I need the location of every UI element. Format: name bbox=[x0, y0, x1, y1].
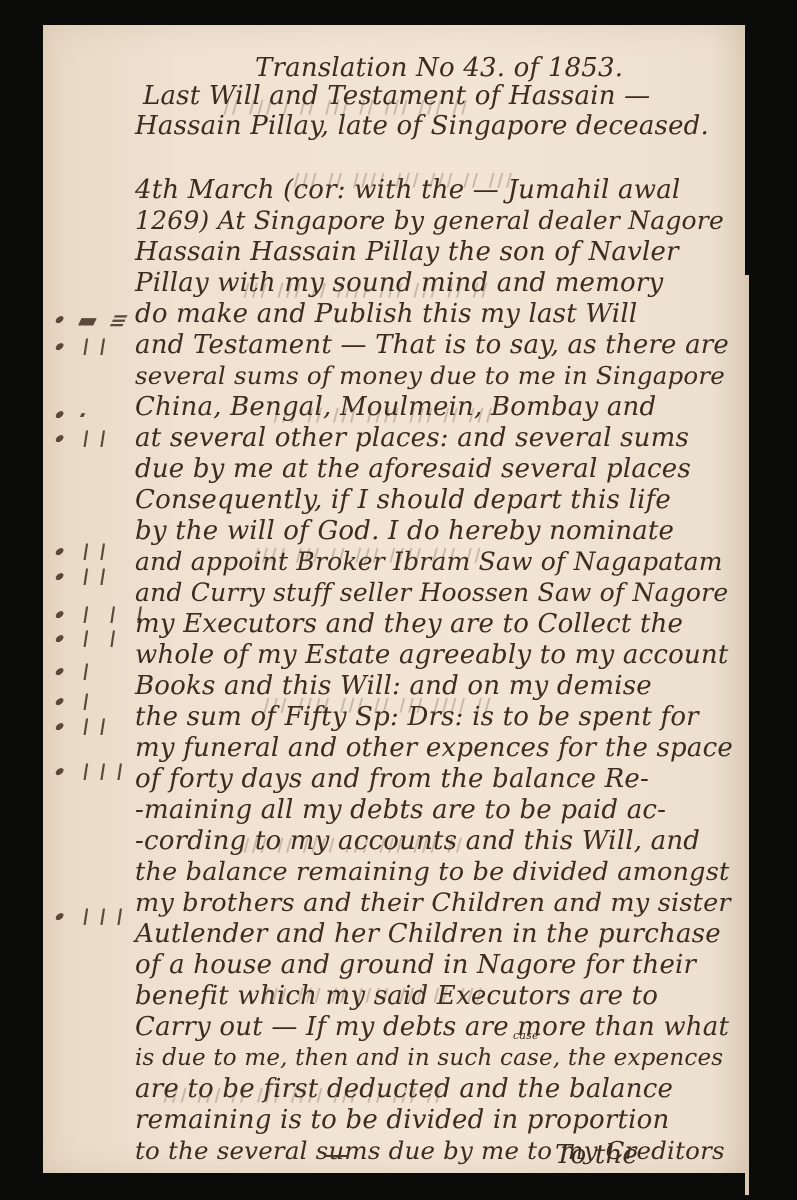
heading-line: Hassain Pillay, late of Singapore deceas… bbox=[135, 111, 709, 141]
body-line: is due to me, then and in such case, the… bbox=[135, 1043, 723, 1073]
margin-mark: • ∖ ∖ bbox=[47, 627, 128, 651]
body-line: Consequently, if I should depart this li… bbox=[135, 485, 671, 515]
body-line: my brothers and their Children and my si… bbox=[135, 888, 731, 918]
body-line: my funeral and other expences for the sp… bbox=[135, 733, 733, 763]
body-line: Books and this Will: and on my demise bbox=[135, 671, 652, 701]
margin-mark: • ∖∖∖ bbox=[47, 760, 135, 784]
body-line: benefit which my said Executors are to bbox=[135, 981, 658, 1011]
body-line: are to be first deducted and the balance bbox=[135, 1074, 673, 1104]
margin-mark: • ∖ bbox=[47, 690, 101, 714]
body-line: at several other places: and several sum… bbox=[135, 423, 689, 453]
page-edge bbox=[745, 275, 749, 1195]
body-line: Hassain Hassain Pillay the son of Navler bbox=[135, 237, 679, 267]
margin-mark: • ∖∖ bbox=[47, 565, 118, 589]
body-line: whole of my Estate agreeably to my accou… bbox=[135, 640, 729, 670]
margin-mark: • ∖ bbox=[47, 660, 101, 684]
body-line: Carry out — If my debts are more than wh… bbox=[135, 1012, 729, 1042]
body-line: and Testament — That is to say, as there… bbox=[135, 330, 729, 360]
body-line: the sum of Fifty Sp: Drs: is to be spent… bbox=[135, 702, 699, 732]
body-line: of forty days and from the balance Re- bbox=[135, 764, 649, 794]
body-line: several sums of money due to me in Singa… bbox=[135, 361, 725, 391]
margin-mark: • ∖∖ bbox=[47, 335, 118, 359]
body-line: China, Bengal, Moulmein, Bombay and bbox=[135, 392, 656, 422]
margin-mark: • ∖∖ bbox=[47, 715, 118, 739]
body-line: 1269) At Singapore by general dealer Nag… bbox=[135, 206, 724, 236]
margin-mark: • ∖∖ bbox=[47, 427, 118, 451]
body-line: do make and Publish this my last Will bbox=[135, 299, 637, 329]
body-line: due by me at the aforesaid several place… bbox=[135, 454, 691, 484]
body-line: by the will of God. I do hereby nominate bbox=[135, 516, 674, 546]
manuscript-page: \\ \\\ \ \\ \\\ \\ \\\ \\\ \\ \\\ \\ \\\… bbox=[43, 25, 745, 1173]
margin-mark: • ∖∖∖ bbox=[47, 905, 135, 929]
end-dash bbox=[325, 1155, 347, 1157]
body-line: of a house and ground in Nagore for thei… bbox=[135, 950, 696, 980]
body-line: and appoint Broker Ibram Saw of Nagapata… bbox=[135, 547, 723, 577]
margin-mark: • · bbox=[47, 403, 95, 427]
catchword: To the bbox=[555, 1140, 638, 1170]
margin-mark: • ▬ ≡ bbox=[47, 308, 136, 332]
document-title: Translation No 43. of 1853. bbox=[255, 53, 623, 83]
body-line: my Executors and they are to Collect the bbox=[135, 609, 683, 639]
body-line: and Curry stuff seller Hoossen Saw of Na… bbox=[135, 578, 728, 608]
body-line: 4th March (cor: with the — Jumahil awal bbox=[135, 175, 680, 205]
heading-line: Last Will and Testament of Hassain — bbox=[143, 81, 650, 111]
body-line: Pillay with my sound mind and memory bbox=[135, 268, 663, 298]
interlinear-note: case bbox=[513, 1030, 539, 1042]
body-line: Autlender and her Children in the purcha… bbox=[135, 919, 721, 949]
body-line: the balance remaining to be divided amon… bbox=[135, 857, 729, 887]
body-line: -cording to my accounts and this Will, a… bbox=[135, 826, 700, 856]
body-line: -maining all my debts are to be paid ac- bbox=[135, 795, 666, 825]
margin-mark: • ∖∖ bbox=[47, 540, 118, 564]
body-line: remaining is to be divided in proportion bbox=[135, 1105, 669, 1135]
